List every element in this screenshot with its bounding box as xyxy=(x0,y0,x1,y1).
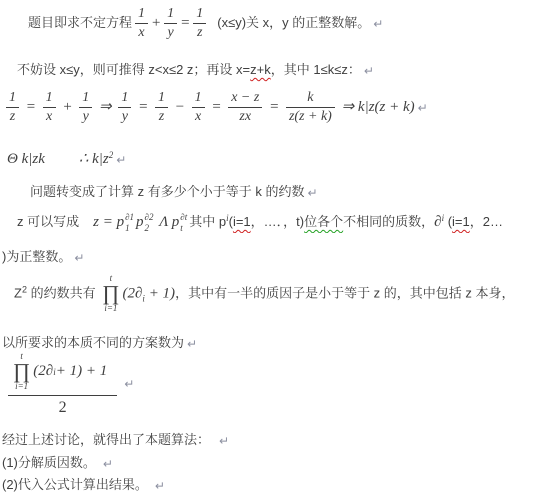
text-run: z 可以写成 xyxy=(17,214,79,229)
fraction: 1x xyxy=(135,6,148,41)
paragraph-problem-transform: 问题转变成了计算 z 有多少个小于等于 k 的约数↵ xyxy=(30,181,318,200)
script-base: p xyxy=(136,215,144,230)
fraction-numerator: 1 xyxy=(135,6,148,24)
fraction-numerator: 1 xyxy=(43,90,56,108)
equation-derivation: 1z = 1x + 1y ⇒ 1y = 1z − 1x = x − zzx = … xyxy=(3,90,428,125)
fraction-numerator: 1 xyxy=(164,6,177,24)
text-run: ，2… xyxy=(470,214,503,229)
fraction-denominator: x xyxy=(43,108,56,125)
text-run: 的约数共有 xyxy=(27,285,99,300)
paragraph-divisor-count: Z2 的约数共有 t∏i=1(2∂i + 1)，其中有一半的质因子是小于等于 z… xyxy=(14,274,515,314)
text-run: = xyxy=(265,99,283,115)
fraction-numerator: 1 xyxy=(192,90,205,108)
text-run: ∂ xyxy=(434,214,441,230)
fraction-denominator: z(z + k) xyxy=(286,108,335,125)
text-run: + xyxy=(151,15,161,31)
paragraph-factorization: z 可以写成z = p∂11p∂22 Λ p∂tt其中 pi(i=1，…．，t)… xyxy=(17,211,544,233)
script-stack: ∂11 xyxy=(125,212,134,234)
text-run: )为正整数。 xyxy=(2,249,71,264)
text-run: ∴ k|z xyxy=(79,151,109,167)
fraction-denominator: y xyxy=(164,24,177,41)
base-with-scripts: p∂11 xyxy=(117,212,134,234)
paragraph-mark-icon: ↵ xyxy=(219,434,229,448)
text-run: ，…．，t) xyxy=(251,214,304,229)
text-run: ∂ xyxy=(46,363,53,380)
text-run: 问题转变成了计算 z 有多少个小于等于 k 的约数 xyxy=(30,184,304,199)
text-run: (2 xyxy=(33,363,46,380)
fraction-numerator: 1 xyxy=(155,90,168,108)
paragraph-mark-icon: ↵ xyxy=(373,17,383,31)
fraction-denominator: zx xyxy=(228,108,262,125)
fraction: x − zzx xyxy=(228,90,262,125)
fraction-denominator: y xyxy=(79,108,92,125)
fraction-denominator: z xyxy=(193,24,206,41)
fraction-denominator: z xyxy=(6,108,19,125)
product-lower-limit: i=1 xyxy=(104,304,117,314)
fraction-denominator: x xyxy=(192,108,205,125)
text-run: Θ k|zk xyxy=(7,151,45,167)
text-run: ⇒ xyxy=(338,99,358,115)
fraction: 1y xyxy=(164,6,177,41)
fraction: 1y xyxy=(118,90,131,125)
paragraph-mark-icon: ↵ xyxy=(155,479,165,492)
text-run: = xyxy=(22,99,40,115)
display-formula: t∏i=1(2∂i + 1) + 12↵ xyxy=(8,352,134,417)
text-run: − xyxy=(171,99,189,115)
paragraph-problem-statement: 题目即求不定方程1x+1y=1z(x≤y)关 x，y 的正整数解。↵ xyxy=(28,6,383,41)
text-run: (2)代入公式计算出结果。 xyxy=(2,477,148,492)
text-run: 2 xyxy=(59,399,67,416)
paragraph-mark-icon: ↵ xyxy=(307,186,317,200)
product-lower-limit: i=1 xyxy=(15,382,28,392)
superscript: ∂1 xyxy=(125,212,134,223)
text-run: (x≤y)关 x，y 的正整数解。 xyxy=(217,15,370,30)
subscript: 2 xyxy=(145,223,154,234)
text-run: ( xyxy=(444,214,452,229)
fraction: 1x xyxy=(43,90,56,125)
paragraph-mark-icon: ↵ xyxy=(74,251,84,265)
script-stack: ∂tt xyxy=(180,212,187,234)
spacer xyxy=(117,387,121,388)
spacer xyxy=(210,443,216,444)
text-run: 不相同的质数， xyxy=(343,214,434,229)
script-base: p xyxy=(172,215,180,230)
display-fraction-denominator: 2 xyxy=(8,396,117,417)
paragraph-assumption: 不妨设 x≤y，则可推得 z<x≤2 z；再设 x=z+k，其中 1≤k≤z：↵ xyxy=(17,59,374,78)
text-run: = xyxy=(180,15,190,31)
text-run: ，其中 1≤k≤z： xyxy=(271,62,361,77)
superscript: ∂t xyxy=(180,212,187,223)
subscript: 1 xyxy=(125,223,134,234)
paragraph-mark-icon: ↵ xyxy=(124,377,134,391)
text-run: z = xyxy=(93,214,116,230)
text-run: i=1 xyxy=(452,214,470,229)
text-run: i=1 xyxy=(233,214,251,229)
product-operator-icon: t∏i=1 xyxy=(13,352,30,392)
subscript: t xyxy=(180,223,187,234)
text-run: 以所要求的本质不同的方案数为 xyxy=(2,335,184,350)
text-run: ，其中有一半的质因子是小于等于 z 的，其中包括 z 本身， xyxy=(175,285,514,300)
paragraph-mark-icon: ↵ xyxy=(364,64,374,78)
spacer xyxy=(45,162,79,163)
fraction-numerator: 1 xyxy=(193,6,206,24)
display-fraction-numerator: t∏i=1(2∂i + 1) + 1 xyxy=(8,352,117,396)
fraction-numerator: k xyxy=(286,90,335,108)
fraction: 1z xyxy=(193,6,206,41)
text-run: ⇒ xyxy=(95,99,115,115)
text-run: z+k xyxy=(250,62,271,77)
spacer xyxy=(79,225,93,226)
fraction-numerator: 1 xyxy=(79,90,92,108)
text-run: 位各个 xyxy=(304,214,343,229)
spacer xyxy=(148,488,152,489)
product-operator-icon: t∏i=1 xyxy=(102,274,119,314)
paragraph-mark-icon: ↵ xyxy=(116,153,126,167)
fraction: 1z xyxy=(155,90,168,125)
paragraph-algorithm-intro: 经过上述讨论，就得出了本题算法：↵ xyxy=(2,429,229,448)
fraction-denominator: z xyxy=(155,108,168,125)
equation-divisibility: Θ k|zk∴ k|z2↵ xyxy=(7,149,126,168)
fraction: 1x xyxy=(192,90,205,125)
text-run: = xyxy=(208,99,226,115)
paragraph-mark-icon: ↵ xyxy=(418,101,428,115)
text-run: Z xyxy=(14,285,22,300)
fraction: 1y xyxy=(79,90,92,125)
paragraph-scheme-count: 以所要求的本质不同的方案数为↵ xyxy=(2,332,197,351)
product-symbol: ∏ xyxy=(102,284,119,304)
text-run: Λ xyxy=(156,214,172,230)
base-with-scripts: p∂tt xyxy=(172,212,187,234)
text-run: 题目即求不定方程 xyxy=(28,15,132,30)
text-run: 2 xyxy=(109,150,114,160)
text-run: + 1) xyxy=(145,285,175,301)
fraction-denominator: y xyxy=(118,108,131,125)
paragraph-algorithm-step1: (1)分解质因数。↵ xyxy=(2,452,113,471)
text-run: (1)分解质因数。 xyxy=(2,455,96,470)
fraction: kz(z + k) xyxy=(286,90,335,125)
fraction: 1z xyxy=(6,90,19,125)
text-run: 不妨设 x≤y，则可推得 z<x≤2 z；再设 x= xyxy=(17,62,250,77)
document-page: 题目即求不定方程1x+1y=1z(x≤y)关 x，y 的正整数解。↵ 不妨设 x… xyxy=(0,0,544,492)
text-run: k|z(z + k) xyxy=(358,99,415,115)
fraction-numerator: 1 xyxy=(6,90,19,108)
fraction-numerator: x − z xyxy=(228,90,262,108)
fraction-denominator: x xyxy=(135,24,148,41)
script-stack: ∂22 xyxy=(145,212,154,234)
text-run: (2 xyxy=(123,285,136,301)
product-symbol: ∏ xyxy=(13,362,30,382)
superscript: ∂2 xyxy=(145,212,154,223)
text-run: + 1) + 1 xyxy=(56,363,108,380)
paragraph-mark-icon: ↵ xyxy=(103,457,113,471)
text-run: 经过上述讨论，就得出了本题算法： xyxy=(2,432,210,447)
paragraph-factorization-wrap: )为正整数。↵ xyxy=(2,246,84,265)
text-run: = xyxy=(134,99,152,115)
base-with-scripts: p∂22 xyxy=(136,212,153,234)
text-run: 其中 p xyxy=(189,214,226,229)
script-base: p xyxy=(117,215,125,230)
spacer xyxy=(96,466,100,467)
text-run: + xyxy=(59,99,77,115)
fraction-numerator: 1 xyxy=(118,90,131,108)
paragraph-mark-icon: ↵ xyxy=(187,337,197,351)
display-fraction: t∏i=1(2∂i + 1) + 12 xyxy=(8,352,117,417)
paragraph-algorithm-step2: (2)代入公式计算出结果。↵ xyxy=(2,474,165,492)
